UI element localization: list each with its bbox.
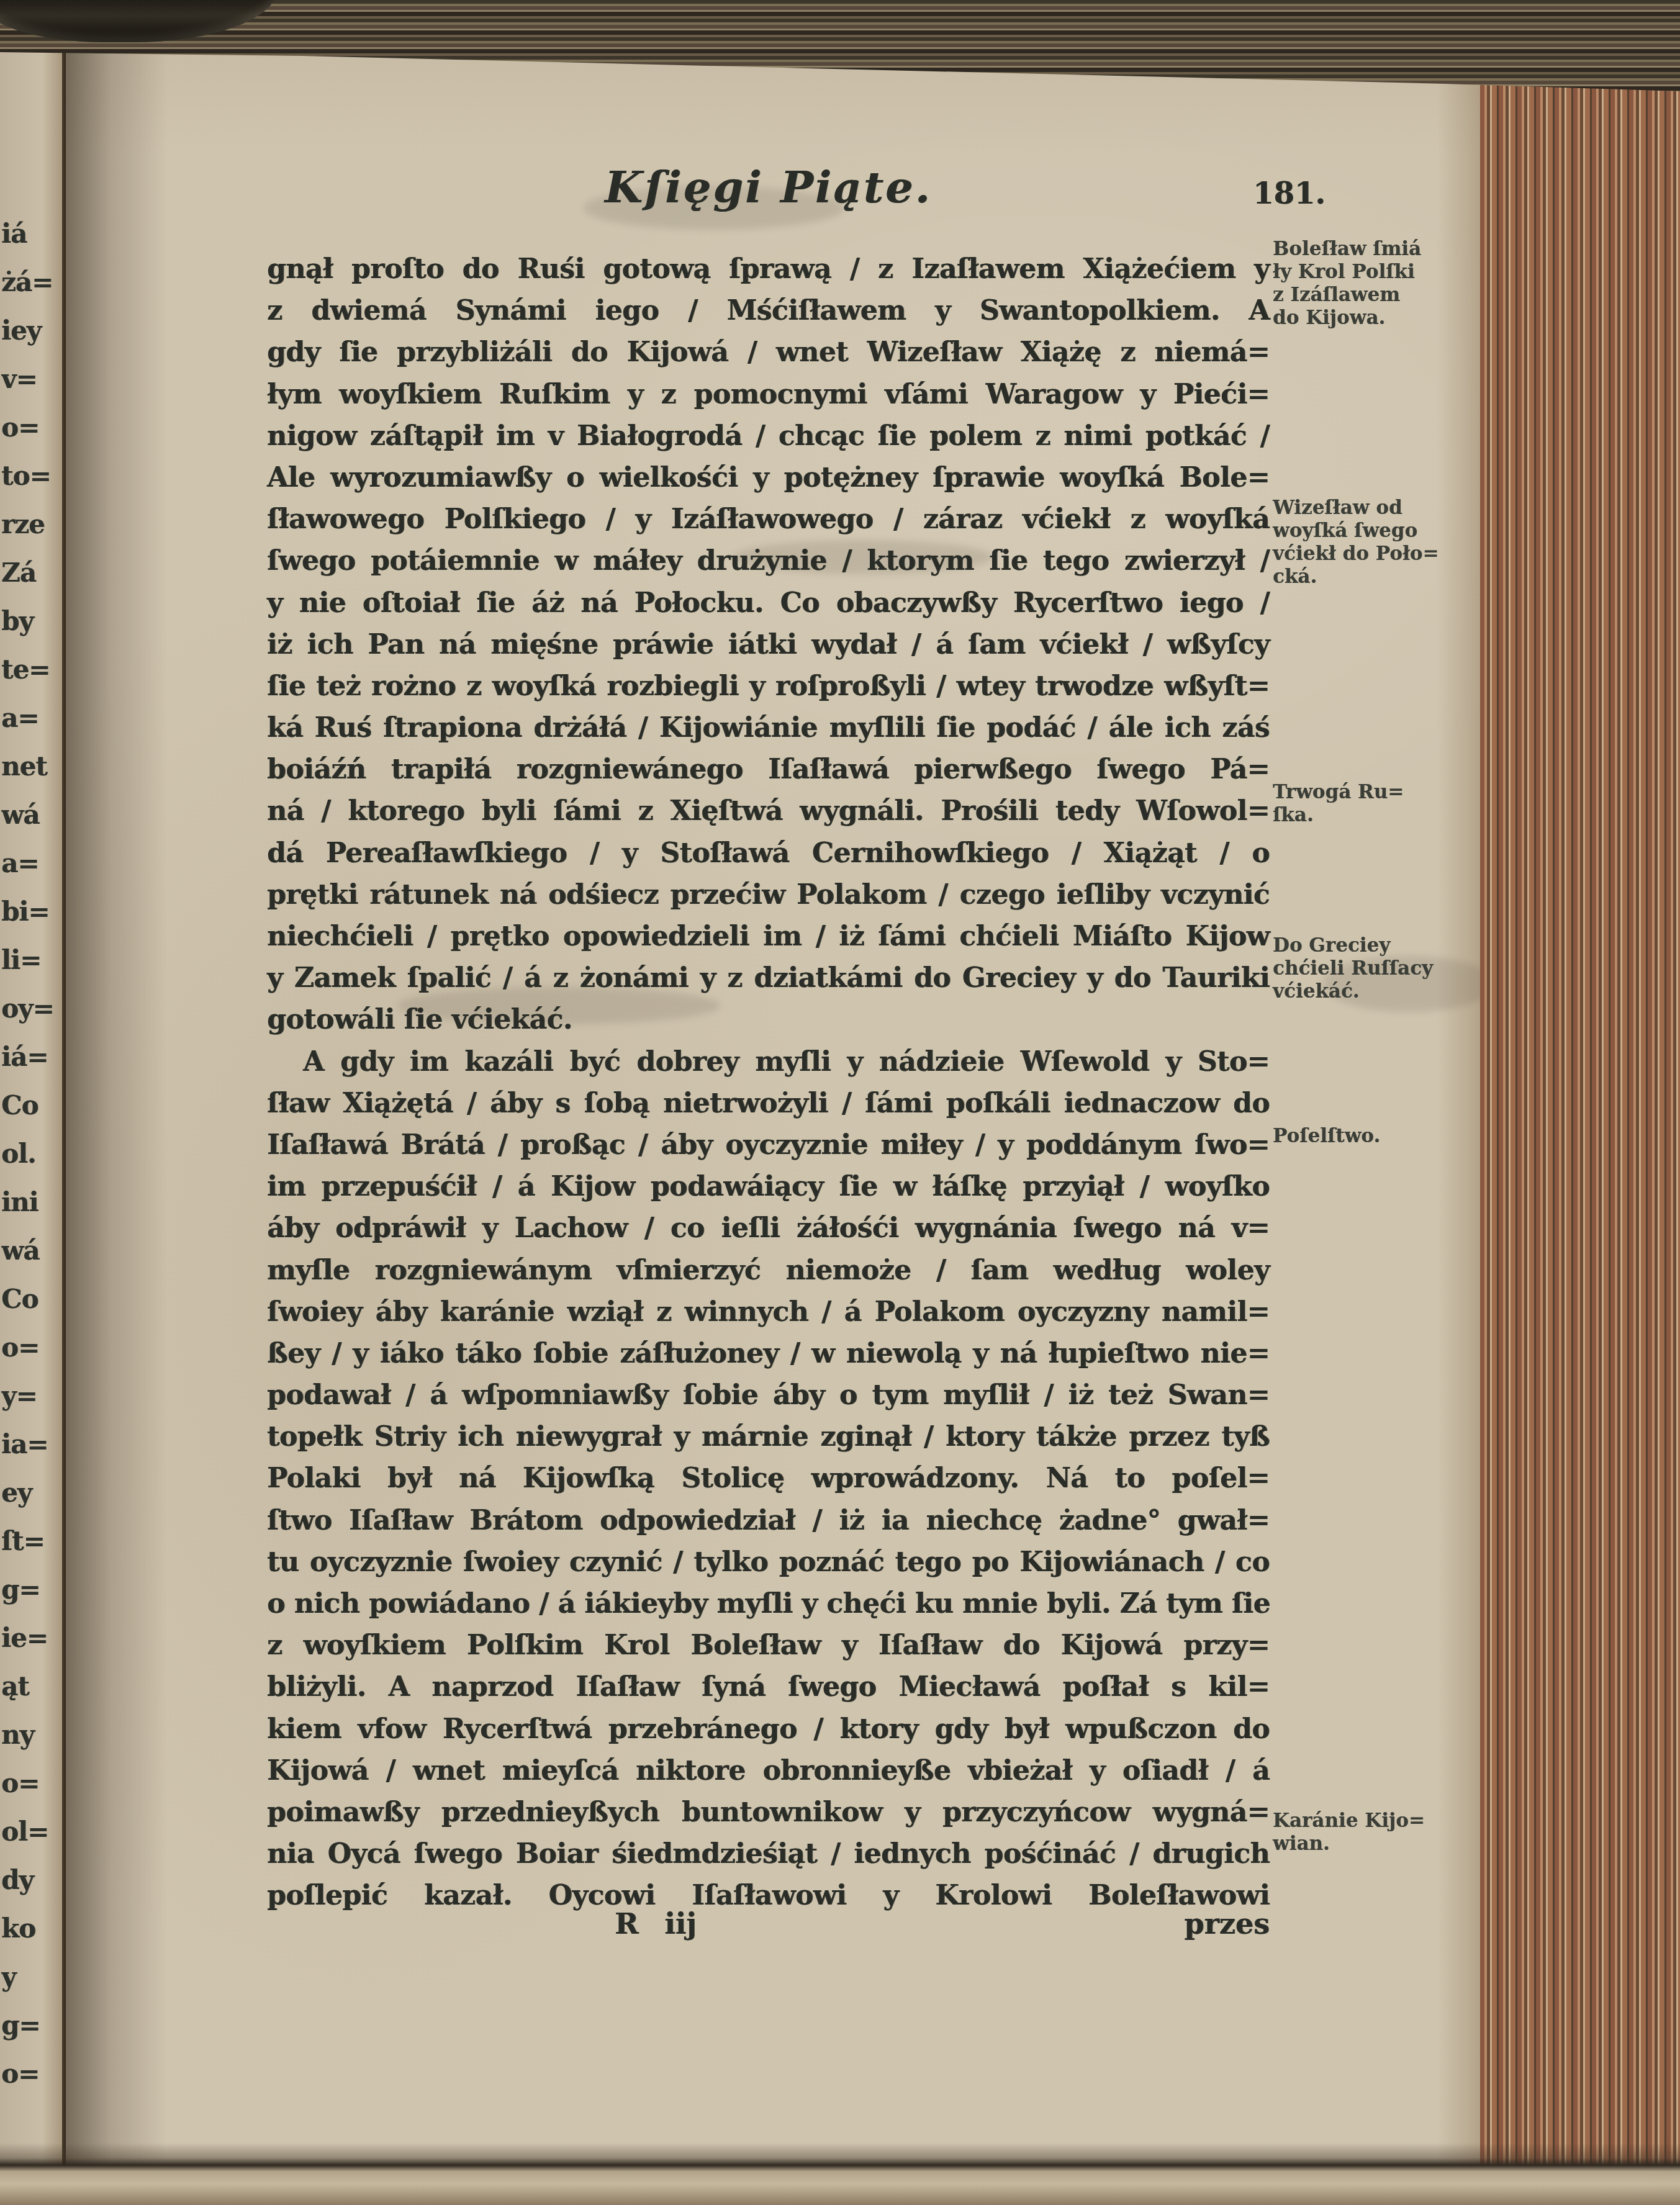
text-line: z dwiemá Synámi iego / Mśćiſławem y Swan… [267, 290, 1270, 331]
running-header: Kſięgi Piąte. [267, 160, 1270, 215]
text-line: gdy ſie przybliżáli do Kijowá / wnet Wiz… [267, 331, 1270, 373]
margin-note: Poſelſtwo. [1273, 1125, 1456, 1148]
text-line: nia Oycá ſwego Boiar śiedmdzieśiąt / ied… [267, 1833, 1270, 1875]
body-text: gnął proſto do Ruśi gotową ſprawą / z Iz… [267, 248, 1270, 1917]
left-page-text-fragment: Zá [1, 557, 61, 588]
left-page-text-fragment: to= [1, 461, 61, 491]
text-line: niechćieli / prętko opowiedzieli im / iż… [267, 916, 1270, 957]
left-page-text-fragment: y [1, 1962, 61, 1992]
left-page-text-fragment: by [1, 606, 61, 636]
left-page-text-fragment: o= [1, 1332, 61, 1363]
left-page-text-fragment: ie= [1, 1623, 61, 1653]
left-page-text-fragment: iá [1, 219, 61, 249]
text-line: A gdy im kazáli być dobrey myſli y nádzi… [267, 1041, 1270, 1083]
margin-note-line: Do Greciey [1273, 934, 1456, 957]
left-page-text-fragment: ąt [1, 1671, 61, 1702]
left-page-text-fragment: iá= [1, 1042, 61, 1072]
left-page-text-fragment: rze [1, 509, 61, 539]
margin-note-line: Wizeſław od [1273, 497, 1456, 520]
text-line: ſie też rożno z woyſká rozbiegli y roſpr… [267, 665, 1270, 707]
fore-edge-page-stack [1480, 0, 1680, 2205]
left-page-text-fragment: o= [1, 1768, 61, 1798]
left-page-text-fragment: wá [1, 1235, 61, 1266]
margin-note-line: wian. [1273, 1833, 1456, 1856]
text-line: kiem vfow Rycerſtwá przebránego / ktory … [267, 1708, 1270, 1750]
left-page-text-fragment: bi= [1, 896, 61, 927]
text-line: iż ich Pan ná mięśne práwie iátki wydał … [267, 624, 1270, 665]
left-page-text-fragment: g= [1, 1574, 61, 1605]
book-page-scan: Kſięgi Piąte. 181. gnął proſto do Ruśi g… [0, 0, 1680, 2205]
text-line: ká Ruś ſtrapiona drżáłá / Kijowiánie myſ… [267, 707, 1270, 749]
text-line: im przepuśćił / á Kijow podawáiący ſie w… [267, 1166, 1270, 1207]
left-page-text-fragment: ol= [1, 1816, 61, 1847]
left-page-text-fragment: ny [1, 1720, 61, 1750]
left-page-text-fragment: Co [1, 1284, 61, 1314]
text-line: bliżyli. A naprzod Iſaſław ſyná ſwego Mi… [267, 1666, 1270, 1708]
left-page-text-fragment: oy= [1, 993, 61, 1024]
text-line: y nie oſtoiał ſie áż ná Połocku. Co obac… [267, 582, 1270, 624]
left-page-text-fragment: ia= [1, 1429, 61, 1459]
text-line: topełk Striy ich niewygrał y márnie zgin… [267, 1416, 1270, 1458]
text-line: gnął proſto do Ruśi gotową ſprawą / z Iz… [267, 248, 1270, 290]
text-line: o nich powiádano / á iákieyby myſli y ch… [267, 1583, 1270, 1625]
bottom-edge-page-stack [0, 2143, 1680, 2205]
left-page-text-fragment: żá= [1, 267, 61, 297]
left-page-text-fragment: o= [1, 2058, 61, 2089]
left-page-text-fragment: a= [1, 703, 61, 733]
left-page-text-fragment: Co [1, 1090, 61, 1121]
text-line: ſwoiey áby karánie wziął z winnych / á P… [267, 1291, 1270, 1333]
text-line: ná / ktorego byli ſámi z Xięſtwá wygnáli… [267, 790, 1270, 832]
text-line: Ale wyrozumiawßy o wielkośći y potężney … [267, 457, 1270, 498]
text-line: nigow záſtąpił im v Białogrodá / chcąc ſ… [267, 415, 1270, 457]
margin-note-line: woyſká ſwego [1273, 520, 1456, 543]
margin-note: Do Grecieychćieli Ruſſacyvćiekáć. [1273, 934, 1456, 1003]
text-line: boiáźń trapiłá rozgniewánego Iſaſławá pi… [267, 749, 1270, 790]
left-page-text-fragment: te= [1, 654, 61, 685]
text-line: ſławowego Polſkiego / y Izáſławowego / z… [267, 498, 1270, 540]
margin-note: Boleſław ſmiáły Krol Polſkiz Izáſlawemdo… [1273, 238, 1456, 330]
catchword: przes [1184, 1907, 1270, 1941]
text-line: gotowáli ſie vćiekáć. [267, 999, 1270, 1040]
left-page-text-fragment: dy [1, 1865, 61, 1895]
text-line: Polaki był ná Kijowſką Stolicę wprowádzo… [267, 1458, 1270, 1499]
left-page-text-fragment: a= [1, 848, 61, 878]
text-line: z woyſkiem Polſkim Krol Boleſław y Iſaſł… [267, 1625, 1270, 1666]
margin-note-line: Poſelſtwo. [1273, 1125, 1456, 1148]
margin-note-line: Boleſław ſmiá [1273, 238, 1456, 261]
margin-note-line: cká. [1273, 566, 1456, 588]
margin-note: Karánie Kijo=wian. [1273, 1810, 1456, 1856]
left-page-text-fragment: ini [1, 1187, 61, 1217]
left-page-text-fragment: ſt= [1, 1526, 61, 1556]
text-line: tu oyczyznie ſwoiey czynić / tylko pozná… [267, 1541, 1270, 1583]
signature-mark: R iij [615, 1907, 697, 1941]
text-line: łym woyſkiem Ruſkim y z pomocnymi vſámi … [267, 374, 1270, 415]
text-line: ßey / y iáko táko ſobie záſłużoney / w n… [267, 1333, 1270, 1374]
text-line: prętki rátunek ná odśiecz przećiw Polako… [267, 874, 1270, 916]
text-line: ſwego potáiemnie w máłey drużynie / ktor… [267, 540, 1270, 582]
margin-note-line: do Kijowa. [1273, 307, 1456, 330]
margin-note: Trwogá Ru=ſka. [1273, 781, 1456, 827]
gutter-shadow [65, 0, 167, 2205]
text-line: y Zamek ſpalić / á z żonámi y z dziatkám… [267, 957, 1270, 999]
signature-row: R iij przes [267, 1907, 1270, 1950]
left-page-text-fragment: wá [1, 800, 61, 830]
left-page-text-fragment: v= [1, 364, 61, 394]
left-page-text-fragment: ol. [1, 1139, 61, 1169]
text-line: poimawßy przednieyßych buntownikow y prz… [267, 1792, 1270, 1833]
text-line: dá Pereaſławſkiego / y Stoſławá Cernihow… [267, 832, 1270, 874]
left-page-text-fragment: iey [1, 315, 61, 346]
text-line: áby odpráwił y Lachow / co ieſli żáłośći… [267, 1207, 1270, 1249]
text-line: myſle rozgniewánym vſmierzyć niemoże / ſ… [267, 1250, 1270, 1291]
margin-note-line: vćiekł do Poło= [1273, 543, 1456, 566]
left-page-text-fragment: ey [1, 1477, 61, 1508]
margin-note-line: chćieli Ruſſacy [1273, 957, 1456, 980]
margin-note-line: ły Krol Polſki [1273, 261, 1456, 284]
page-number: 181. [1253, 176, 1358, 211]
left-page-text-fragment: y= [1, 1381, 61, 1411]
text-line: ſtwo Iſaſław Brátom odpowiedział / iż ia… [267, 1500, 1270, 1541]
left-page-text-fragment: li= [1, 945, 61, 975]
margin-note-line: z Izáſlawem [1273, 284, 1456, 307]
text-line: ſław Xiążętá / áby s ſobą nietrwożyli / … [267, 1083, 1270, 1124]
left-page-text-fragment: ko [1, 1913, 61, 1944]
text-line: Kijowá / wnet mieyſcá niktore obronnieyß… [267, 1750, 1270, 1792]
text-line: Iſaſławá Brátá / proßąc / áby oyczyznie … [267, 1124, 1270, 1166]
margin-note-line: Trwogá Ru= [1273, 781, 1456, 804]
fore-edge-feather [1437, 0, 1484, 2205]
margin-note-line: vćiekáć. [1273, 980, 1456, 1003]
text-line: podawał / á wſpomniawßy ſobie áby o tym … [267, 1374, 1270, 1416]
margin-note: Wizeſław odwoyſká ſwegovćiekł do Poło=ck… [1273, 497, 1456, 588]
left-page-text-fragment: net [1, 751, 61, 782]
left-page-text-fragment: g= [1, 2010, 61, 2040]
margin-note-line: Karánie Kijo= [1273, 1810, 1456, 1833]
margin-note-line: ſka. [1273, 804, 1456, 827]
left-page-text-fragment: o= [1, 412, 61, 443]
